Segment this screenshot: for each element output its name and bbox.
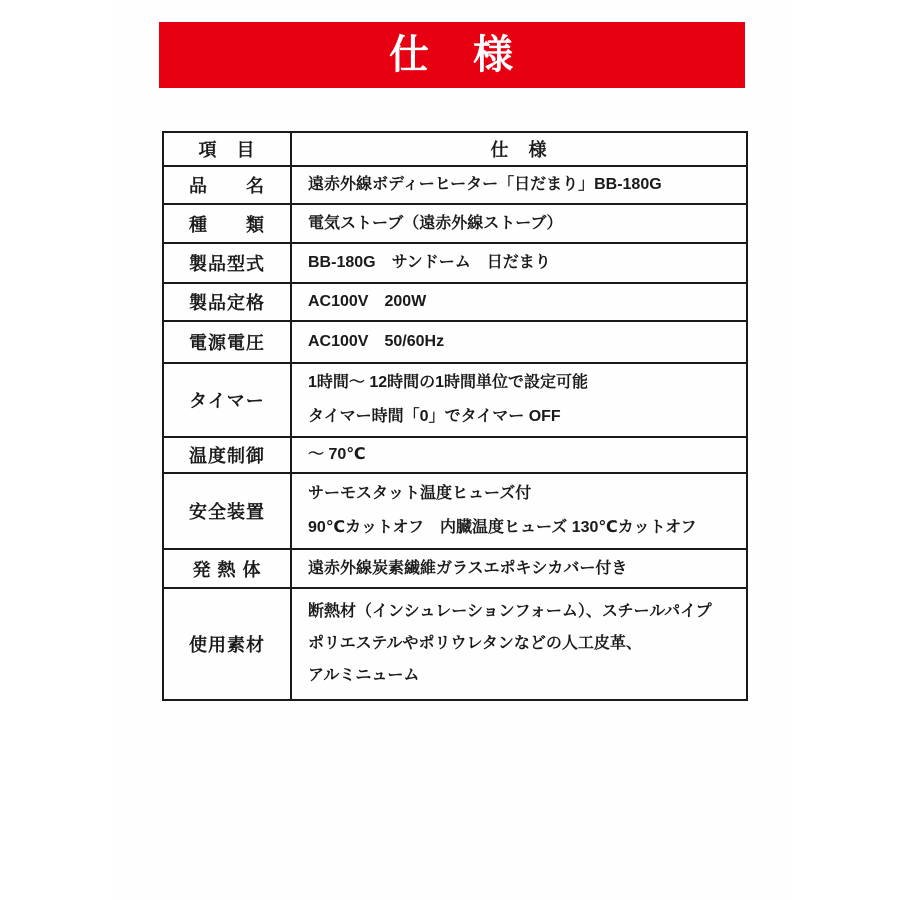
row-label-safety-device: 安全装置 [163, 473, 291, 549]
row-label-model: 製品型式 [163, 243, 291, 283]
value-line: 電気ストーブ（遠赤外線ストーブ） [308, 207, 738, 241]
row-label-voltage: 電源電圧 [163, 321, 291, 363]
row-value-materials: 断熱材（インシュレーションフォーム）、スチールパイプ ポリエステルやポリウレタン… [291, 588, 747, 700]
row-label-materials: 使用素材 [163, 588, 291, 700]
table-row: 品 名 遠赤外線ボディーヒーター「日だまり」BB-180G [163, 166, 747, 204]
table-row: 製品型式 BB-180G サンドーム 日だまり [163, 243, 747, 283]
table-row: 使用素材 断熱材（インシュレーションフォーム）、スチールパイプ ポリエステルやポ… [163, 588, 747, 700]
spec-banner-title: 仕 様 [389, 35, 515, 75]
table-row: 安全装置 サーモスタット温度ヒューズ付 90℃カットオフ 内臓温度ヒューズ 13… [163, 473, 747, 549]
row-label-temp-control: 温度制御 [163, 437, 291, 473]
value-line: ポリエステルやポリウレタンなどの人工皮革、 [308, 628, 738, 660]
row-value-type: 電気ストーブ（遠赤外線ストーブ） [291, 204, 747, 243]
row-value-model: BB-180G サンドーム 日だまり [291, 243, 747, 283]
column-header-spec: 仕 様 [291, 132, 747, 166]
table-row: 製品定格 AC100V 200W [163, 283, 747, 321]
value-line: 1時間～ 12時間の1時間単位で設定可能 [308, 366, 738, 400]
table-row: タイマー 1時間～ 12時間の1時間単位で設定可能 タイマー時間「0」でタイマー… [163, 363, 747, 437]
value-line: タイマー時間「0」でタイマー OFF [308, 400, 738, 434]
row-value-temp-control: ～ 70℃ [291, 437, 747, 473]
table-header-row: 項 目 仕 様 [163, 132, 747, 166]
spec-banner: 仕 様 [159, 22, 745, 88]
table-row: 温度制御 ～ 70℃ [163, 437, 747, 473]
value-line: 断熱材（インシュレーションフォーム）、スチールパイプ [308, 596, 738, 628]
value-line: AC100V 200W [308, 285, 738, 319]
table-row: 発 熱 体 遠赤外線炭素繊維ガラスエポキシカバー付き [163, 549, 747, 588]
value-line: AC100V 50/60Hz [308, 325, 738, 359]
value-line: ～ 70℃ [308, 438, 738, 472]
row-value-safety-device: サーモスタット温度ヒューズ付 90℃カットオフ 内臓温度ヒューズ 130℃カット… [291, 473, 747, 549]
row-value-rating: AC100V 200W [291, 283, 747, 321]
row-value-timer: 1時間～ 12時間の1時間単位で設定可能 タイマー時間「0」でタイマー OFF [291, 363, 747, 437]
row-label-type: 種 類 [163, 204, 291, 243]
value-line: アルミニューム [308, 660, 738, 692]
row-label-rating: 製品定格 [163, 283, 291, 321]
row-label-heating-element: 発 熱 体 [163, 549, 291, 588]
table-row: 種 類 電気ストーブ（遠赤外線ストーブ） [163, 204, 747, 243]
row-value-heating-element: 遠赤外線炭素繊維ガラスエポキシカバー付き [291, 549, 747, 588]
value-line: BB-180G サンドーム 日だまり [308, 246, 738, 280]
row-label-product-name: 品 名 [163, 166, 291, 204]
table-row: 電源電圧 AC100V 50/60Hz [163, 321, 747, 363]
value-line: 遠赤外線ボディーヒーター「日だまり」BB-180G [308, 168, 738, 202]
spec-table: 項 目 仕 様 品 名 遠赤外線ボディーヒーター「日だまり」BB-180G 種 … [162, 131, 748, 701]
column-header-item: 項 目 [163, 132, 291, 166]
value-line: 遠赤外線炭素繊維ガラスエポキシカバー付き [308, 552, 738, 586]
row-value-voltage: AC100V 50/60Hz [291, 321, 747, 363]
value-line: サーモスタット温度ヒューズ付 [308, 477, 738, 511]
value-line: 90℃カットオフ 内臓温度ヒューズ 130℃カットオフ [308, 511, 738, 545]
row-value-product-name: 遠赤外線ボディーヒーター「日だまり」BB-180G [291, 166, 747, 204]
row-label-timer: タイマー [163, 363, 291, 437]
